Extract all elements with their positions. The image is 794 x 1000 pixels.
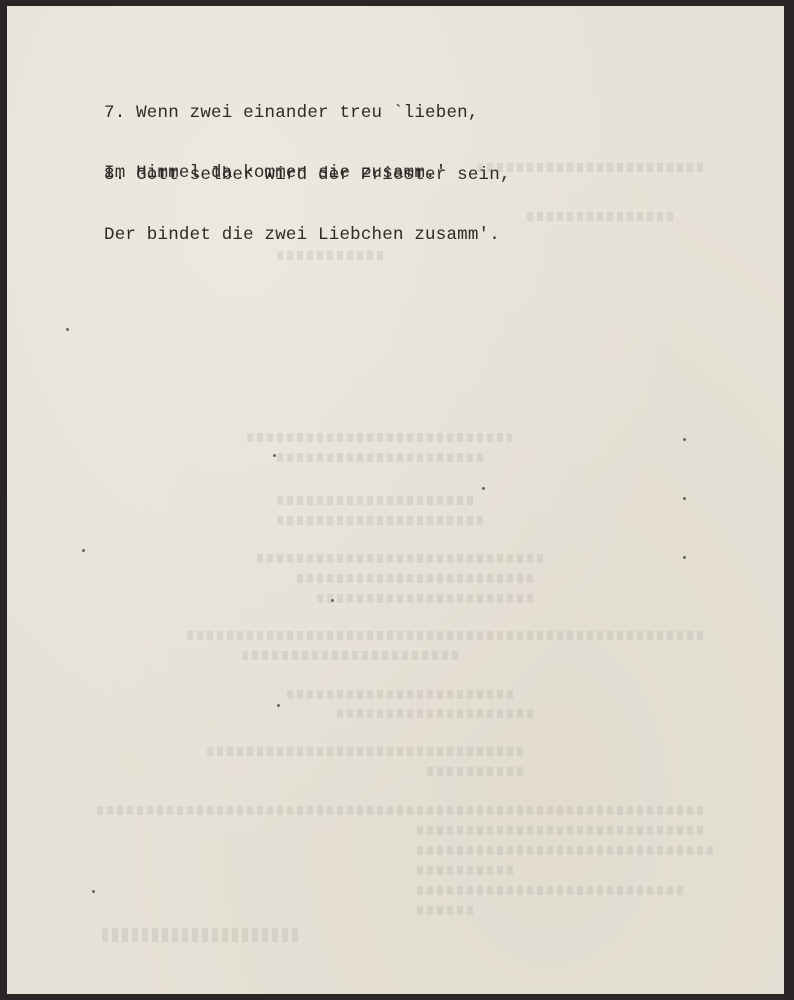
document-page: 7. Wenn zwei einander treu `lieben, Im H… (7, 6, 784, 994)
stanza-8: 8. Gott selber wird der Priester sein, D… (104, 125, 511, 285)
stanza-line: 7. Wenn zwei einander treu `lieben, (104, 103, 479, 123)
stanza-line: Der bindet die zwei Liebchen zusamm'. (104, 225, 511, 245)
stanza-line: 8. Gott selber wird der Priester sein, (104, 165, 511, 185)
